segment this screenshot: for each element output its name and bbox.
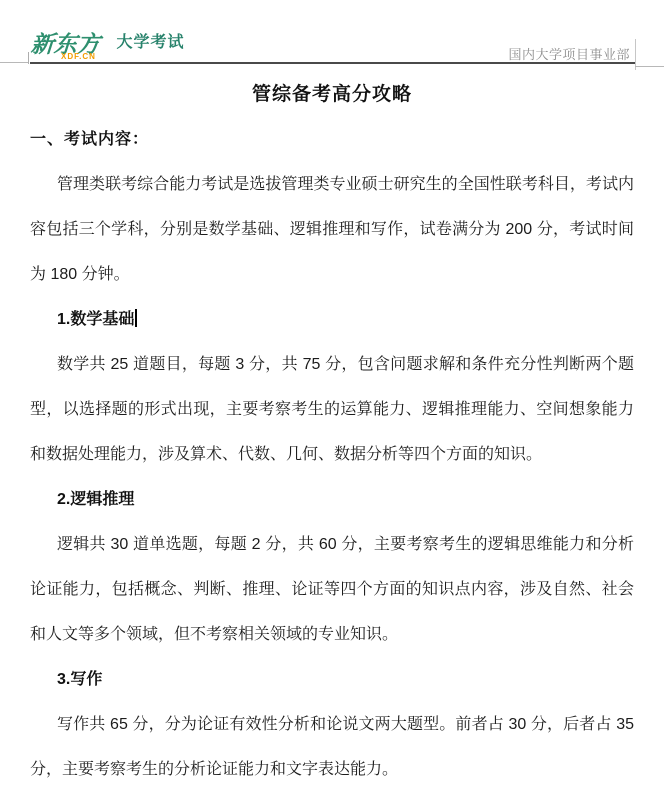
- math-paragraph: 数学共 25 道题目，每题 3 分，共 75 分，包含问题求解和条件充分性判断两…: [30, 342, 634, 477]
- section-heading-exam-content: 一、考试内容：: [30, 117, 634, 162]
- text-cursor: [135, 309, 137, 327]
- intro-paragraph: 管理类联考综合能力考试是选拔管理类专业硕士研究生的全国性联考科目，考试内容包括三…: [30, 162, 634, 297]
- header-margin-tick-left: [28, 52, 29, 64]
- word-document-page: 新东方 XDF.CN 大学考试 国内大学项目事业部 管综备考高分攻略 一、考试内…: [0, 0, 664, 788]
- xdf-logo-domain-text: XDF.CN: [61, 52, 96, 61]
- xdf-logo: 新东方 XDF.CN 大学考试: [31, 26, 184, 59]
- subsection-heading-math-text: 1.数学基础: [57, 311, 134, 328]
- department-label: 国内大学项目事业部: [508, 44, 630, 63]
- logic-paragraph: 逻辑共 30 道单选题，每题 2 分，共 60 分，主要考察考生的逻辑思维能力和…: [30, 522, 634, 657]
- document-body[interactable]: 管综备考高分攻略 一、考试内容： 管理类联考综合能力考试是选拔管理类专业硕士研究…: [30, 72, 634, 788]
- header-margin-line-left: [0, 62, 28, 63]
- subsection-heading-writing: 3.写作: [30, 657, 634, 702]
- subsection-heading-math: 1.数学基础: [30, 297, 634, 342]
- header-margin-line-right: [635, 66, 664, 67]
- subsection-heading-logic: 2.逻辑推理: [30, 477, 634, 522]
- xdf-logo-product-text: 大学考试: [116, 29, 184, 52]
- document-title: 管综备考高分攻略: [30, 72, 634, 117]
- writing-paragraph: 写作共 65 分，分为论证有效性分析和论说文两大题型。前者占 30 分，后者占 …: [30, 702, 634, 788]
- header-divider-line: [30, 62, 635, 64]
